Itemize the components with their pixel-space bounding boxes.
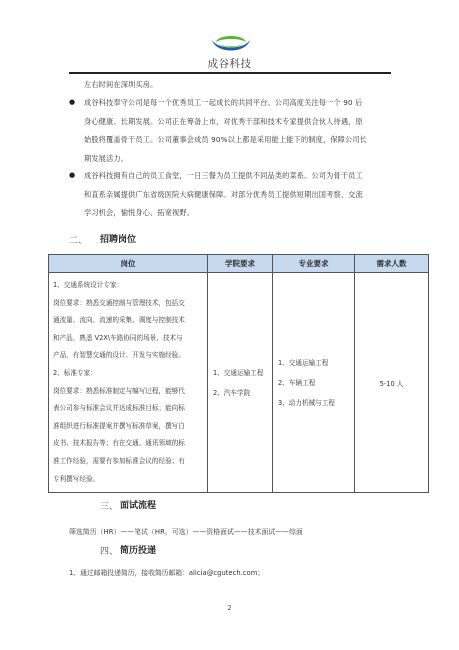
- college-cell: 1、交通运输工程 2、汽车学院: [208, 273, 273, 493]
- section-4-number: 四、: [100, 544, 118, 557]
- bullet-2-line: 成谷科技拥有自己的员工食堂，一日三餐为员工提供不同品类的菜系。公司为骨干员工: [84, 167, 424, 186]
- section-3-number: 三、: [100, 499, 118, 512]
- major-cell: 1、交通运输工程 2、车辆工程 3、动力机械与工程: [273, 273, 355, 493]
- bullet-1-line: 身心健康、长期发展。公司正在筹备上市，对优秀干部和技术专家提供合伙人待遇，原: [84, 113, 424, 132]
- table-row: 1、交通系统设计专家： 岗位要求：熟悉交通控制与管理技术，包括交 通流量、流向、…: [49, 273, 429, 493]
- position-line: 1、交通系统设计专家：: [53, 277, 203, 295]
- header-position: 岗位: [49, 255, 208, 273]
- company-logo: [210, 30, 252, 56]
- continuation-text: 左右时间在深圳买房。: [84, 76, 424, 95]
- bullet-1-line: 始股将覆盖骨干员工。公司董事会成员 90%以上都是采用能上能下的制度，保障公司长: [84, 131, 424, 150]
- position-line: 岗位要求：熟悉交通控制与管理技术，包括交: [53, 295, 203, 313]
- position-cell: 1、交通系统设计专家： 岗位要求：熟悉交通控制与管理技术，包括交 通流量、流向、…: [49, 273, 208, 493]
- position-line: 产品，有智慧交通的设计、开发与实施经验。: [53, 347, 203, 365]
- major-item: 2、车辆工程: [278, 373, 354, 393]
- header-college: 学院要求: [208, 255, 273, 273]
- cgu-logo-icon: [210, 30, 252, 56]
- count-cell: 5-10 人: [355, 273, 429, 493]
- position-line: 岗位要求：熟悉标准制定与编写过程，能够代: [53, 383, 203, 401]
- bullet-1-line: 期发展活力。: [84, 150, 424, 169]
- section-2-number: 二、: [69, 233, 87, 246]
- brand-name: 成谷科技: [0, 56, 459, 71]
- interview-flow-text: 筛选简历（HR）——笔试（HR，可选）——资格面试——技术面试——综面: [69, 526, 303, 536]
- section-2-title: 招聘岗位: [100, 232, 136, 245]
- bullet-paragraph-2: 成谷科技拥有自己的员工食堂，一日三餐为员工提供不同品类的菜系。公司为骨干员工 和…: [84, 167, 424, 223]
- resume-email-line: 1、通过邮箱投递简历，接收简历邮箱：alicia@cgutech.com；: [69, 567, 264, 577]
- bullet-2-line: 和直系亲属提供广东省级医院大病健康保障。对部分优秀员工提供短期出国考察、交流: [84, 186, 424, 205]
- college-item: 2、汽车学院: [213, 383, 272, 403]
- header-count: 需求人数: [355, 255, 429, 273]
- header-divider: [69, 72, 391, 74]
- bullet-1-line: 成谷科技奉守公司是每一个优秀员工一起成长的共同平台。公司高度关注每一个 90 后: [84, 94, 424, 113]
- position-line: 准工作经验，需要有参加标准会议的经验；有: [53, 453, 203, 471]
- position-line: 通流量、流向、流速的采集、调度与控制技术: [53, 312, 203, 330]
- college-item: 1、交通运输工程: [213, 363, 272, 383]
- page-number: 2: [0, 604, 459, 612]
- position-line: 准组织进行标准提案并撰写标准草案，撰写白: [53, 418, 203, 436]
- section-4-title: 简历投递: [120, 543, 156, 556]
- major-item: 1、交通运输工程: [278, 353, 354, 373]
- bullet-paragraph-1: 成谷科技奉守公司是每一个优秀员工一起成长的共同平台。公司高度关注每一个 90 后…: [84, 94, 424, 168]
- section-3-title: 面试流程: [120, 498, 156, 511]
- recruitment-table: 岗位 学院要求 专业要求 需求人数 1、交通系统设计专家： 岗位要求：熟悉交通控…: [48, 254, 429, 493]
- table-header-row: 岗位 学院要求 专业要求 需求人数: [49, 255, 429, 273]
- position-line: 专利撰写经验。: [53, 471, 203, 489]
- position-line: 表公司参与标准会议并达成标准目标；能向标: [53, 400, 203, 418]
- header-major: 专业要求: [273, 255, 355, 273]
- position-line: 和产品，熟悉 V2X\车路协同的场景、技术与: [53, 330, 203, 348]
- bullet-2-line: 学习机会，愉悦身心、拓宽视野。: [84, 204, 424, 223]
- major-item: 3、动力机械与工程: [278, 393, 354, 413]
- position-line: 2、标准专家：: [53, 365, 203, 383]
- bullet-dot-icon: ●: [69, 98, 75, 106]
- bullet-dot-icon: ●: [69, 171, 75, 179]
- position-line: 皮书、技术报告等；有在交通、通讯领域的标: [53, 435, 203, 453]
